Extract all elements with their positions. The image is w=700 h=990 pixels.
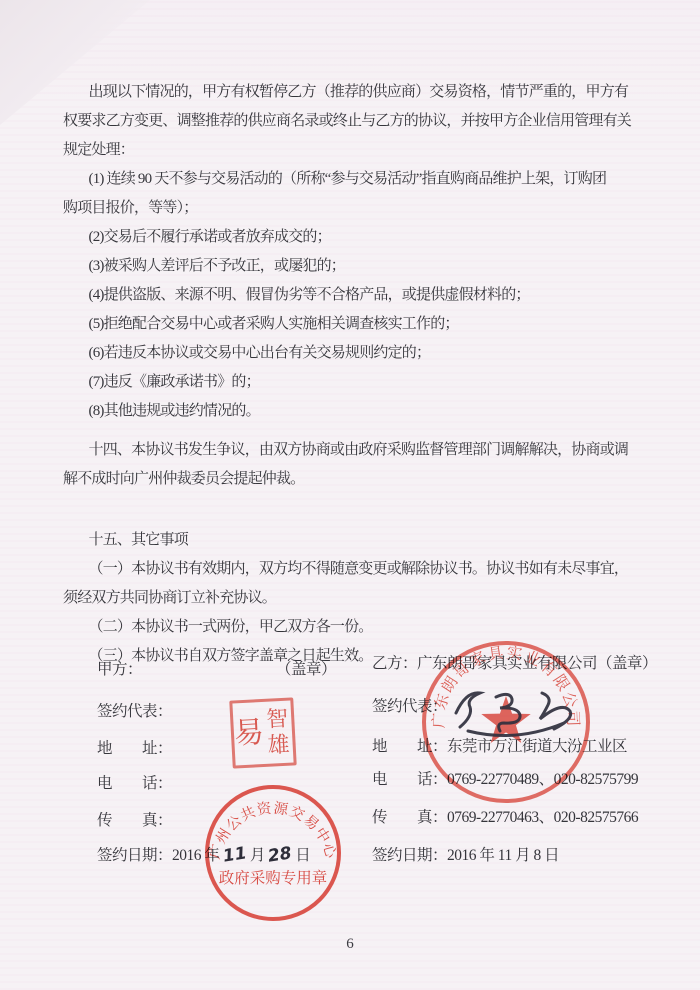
clause-14-line2: 解不成时向广州仲裁委员会提起仲裁。: [63, 465, 639, 494]
name-seal-char: 雄: [267, 732, 290, 759]
list-item-2: (2)交易后不履行承诺或者放弃成交的；: [63, 223, 639, 252]
party-a-phone-label: 电 话：: [97, 771, 172, 793]
clause-14-line1: 十四、本协议书发生争议，由双方协商或由政府采购监督管理部门调解解决，协商或调: [63, 436, 639, 465]
party-a-rep-label: 签约代表：: [97, 699, 172, 721]
page-number: 6: [0, 936, 700, 953]
party-a-seal-note: （盖章）: [276, 657, 336, 679]
list-item-1: (1) 连续 90 天不参与交易活动的（所称“参与交易活动”指直购商品维护上架，…: [63, 165, 639, 194]
clause-15-line2: 须经双方共同协商订立补充协议。: [63, 584, 639, 613]
list-item-5: (5)拒绝配合交易中心或者采购人实施相关调查核实工作的；: [63, 310, 639, 339]
party-b-fax-label: 传 真：: [372, 809, 447, 826]
name-seal-right-column: 智 雄: [262, 701, 293, 764]
party-b-date-label: 签约日期：: [372, 847, 447, 864]
paragraph-line: 出现以下情况的，甲方有权暂停乙方（推荐的供应商）交易资格，情节严重的，甲方有: [63, 78, 639, 107]
party-b-fax: 0769-22770463、020-82575766: [447, 809, 638, 826]
personal-name-seal: 易 智 雄: [229, 697, 296, 768]
party-a-date-label: 签约日期：: [97, 847, 172, 864]
party-a-label: 甲方：: [97, 657, 142, 679]
list-item-8: (8)其他违规或违约情况的。: [63, 397, 639, 426]
clause-15-line1: （一）本协议书有效期内，双方均不得随意变更或解除协议书。协议书如有未尽事宜，: [63, 555, 639, 584]
party-b-date: 2016 年 11 月 8 日: [447, 847, 559, 864]
clause-15-heading: 十五、其它事项: [63, 526, 639, 555]
procurement-seal-label: 政府采购专用章: [219, 868, 328, 887]
name-seal-char: 易: [233, 718, 265, 750]
procurement-round-seal: 广州公共资源交易中心 政府采购专用章: [203, 783, 343, 923]
paragraph-line: 规定处理：: [63, 136, 639, 165]
party-b-date-row: 签约日期：2016 年 11 月 8 日: [372, 843, 559, 865]
list-item-6: (6)若违反本协议或交易中心出台有关交易规则约定的；: [63, 339, 639, 368]
list-item-1-cont: 购项目报价，等等）；: [63, 194, 639, 223]
party-a-fax-label: 传 真：: [97, 808, 172, 830]
paragraph-line: 权要求乙方变更、调整推荐的供应商名录或终止与乙方的协议，并按甲方企业信用管理有关: [63, 107, 639, 136]
name-seal-char: 智: [266, 706, 289, 733]
name-seal-left-column: 易: [232, 702, 265, 765]
clause-15-line3: （二）本协议书一式两份，甲乙双方各一份。: [63, 613, 639, 642]
handwritten-signature: [446, 679, 596, 741]
list-item-4: (4)提供盗版、来源不明、假冒伪劣等不合格产品，或提供虚假材料的；: [63, 281, 639, 310]
party-a-address-label: 地 址：: [97, 736, 172, 758]
document-body: 出现以下情况的，甲方有权暂停乙方（推荐的供应商）交易资格，情节严重的，甲方有 权…: [63, 78, 639, 671]
list-item-3: (3)被采购人差评后不予改正，或屡犯的；: [63, 252, 639, 281]
party-b-fax-row: 传 真：0769-22770463、020-82575766: [372, 805, 638, 827]
party-b-label: 乙方：: [372, 655, 417, 672]
list-item-7: (7)违反《廉政承诺书》的；: [63, 368, 639, 397]
